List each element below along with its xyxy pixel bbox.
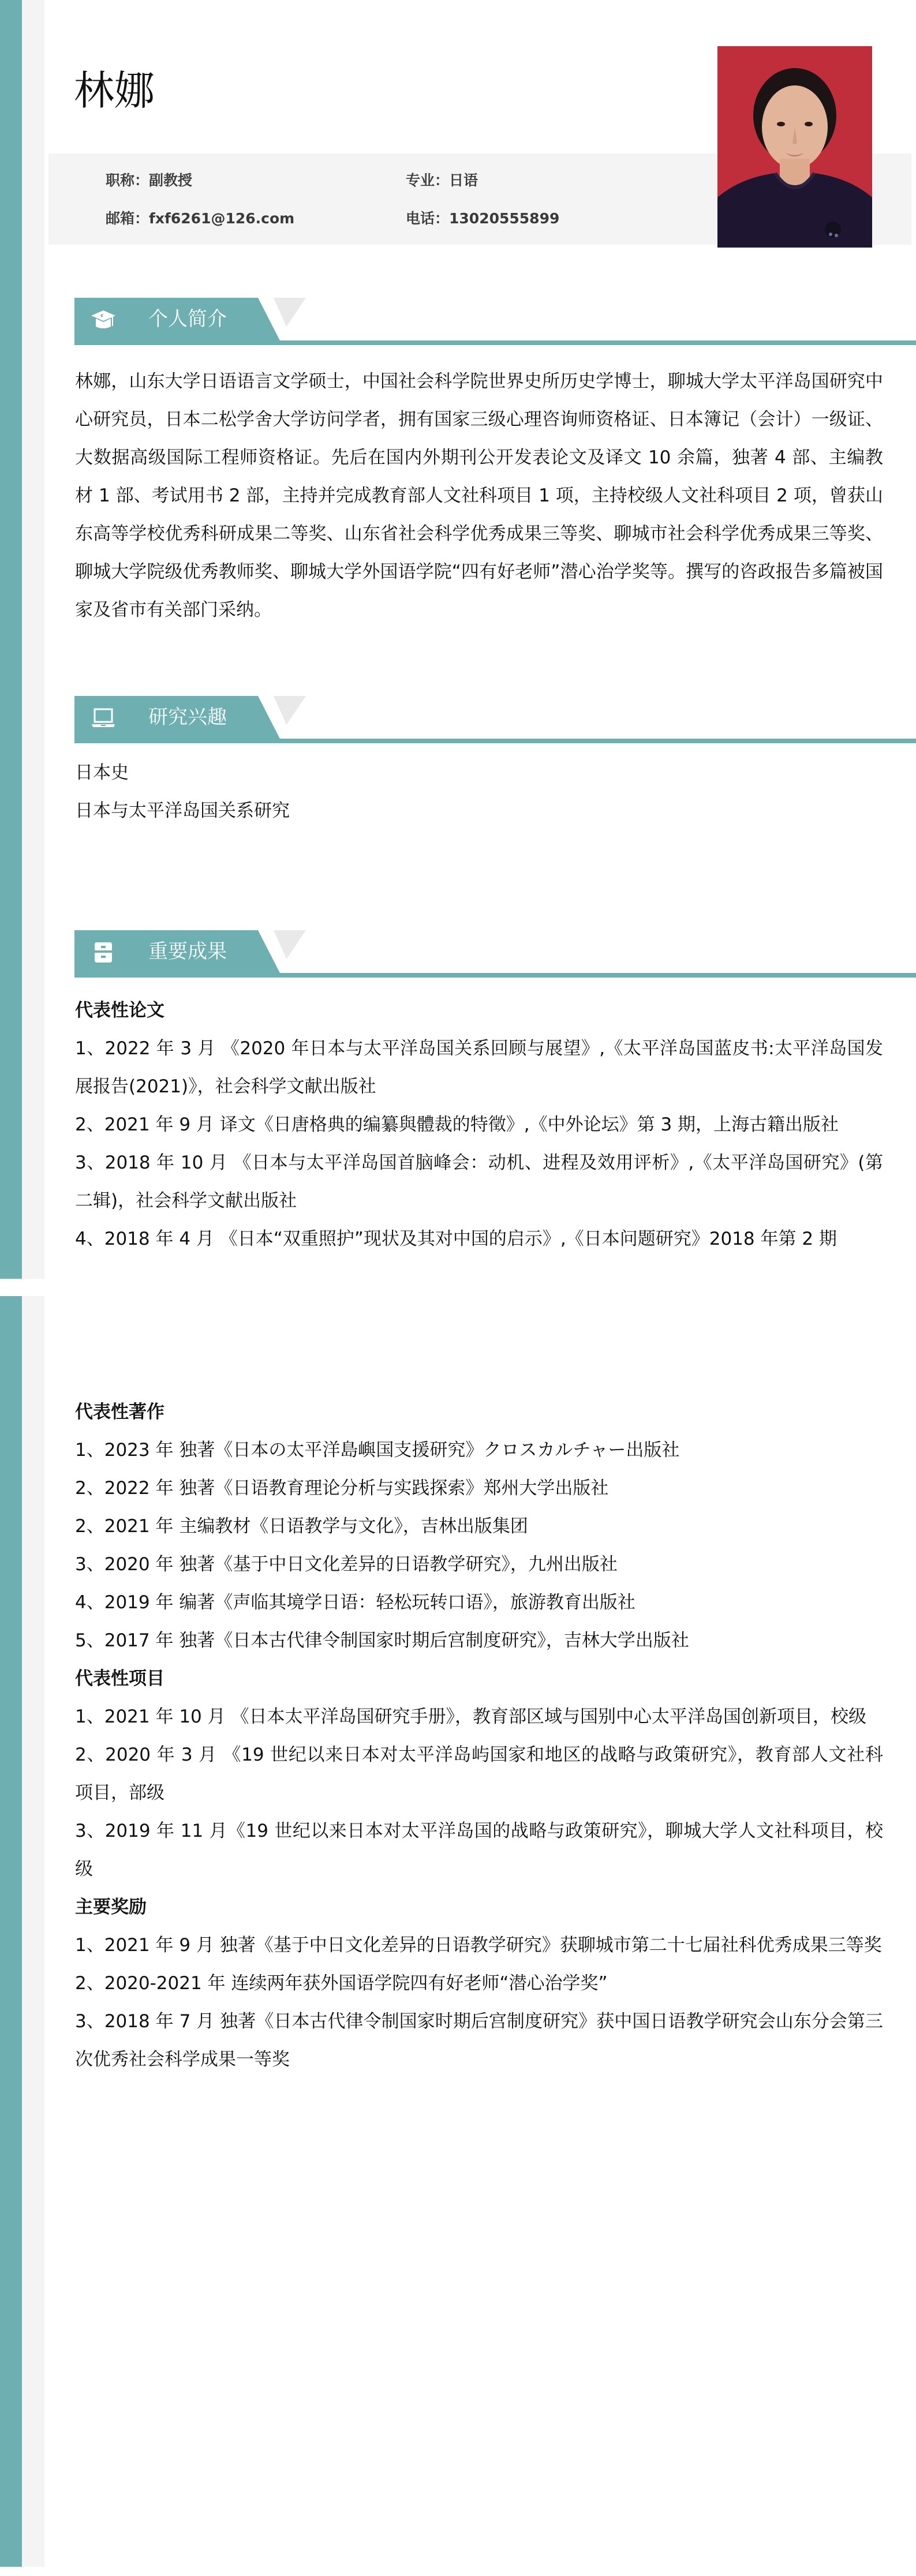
email-value[interactable]: fxf6261@126.com bbox=[149, 210, 294, 227]
book-item: 5、2017 年 独著《日本古代律令制国家时期后宫制度研究》，吉林大学出版社 bbox=[75, 1622, 883, 1660]
award-item: 2、2020-2021 年 连续两年获外国语学院四有好老师“潜心治学奖” bbox=[75, 1964, 883, 2002]
interest-item: 日本史 bbox=[75, 754, 883, 792]
interests-list: 日本史 日本与太平洋岛国关系研究 bbox=[75, 754, 883, 830]
project-item: 2、2020 年 3 月 《19 世纪以来日本对太平洋岛屿国家和地区的战略与政策… bbox=[75, 1736, 883, 1812]
section-header-achievements: 重要成果 bbox=[74, 930, 916, 978]
book-item: 4、2019 年 编著《声临其境学日语：轻松玩转口语》，旅游教育出版社 bbox=[75, 1583, 883, 1622]
project-item: 1、2021 年 10 月 《日本太平洋岛国研究手册》，教育部区域与国别中心太平… bbox=[75, 1698, 883, 1736]
section-header-interests: 研究兴趣 bbox=[74, 696, 916, 743]
awards-heading: 主要奖励 bbox=[75, 1888, 883, 1926]
section-notch-decoration bbox=[274, 930, 306, 959]
archive-cabinet-icon bbox=[91, 941, 116, 964]
left-grey-strip bbox=[22, 1296, 44, 2567]
intro-paragraph: 林娜，山东大学日语语言文学硕士，中国社会科学院世界史所历史学博士，聊城大学太平洋… bbox=[75, 362, 883, 629]
intro-body: 林娜，山东大学日语语言文学硕士，中国社会科学院世界史所历史学博士，聊城大学太平洋… bbox=[75, 362, 883, 629]
section-notch-decoration bbox=[274, 696, 306, 725]
papers-heading: 代表性论文 bbox=[75, 991, 883, 1029]
left-accent-strip bbox=[0, 0, 22, 1279]
book-item: 2、2021 年 主编教材《日语教学与文化》，吉林出版集团 bbox=[75, 1507, 883, 1545]
resume-page-2: 代表性著作 1、2023 年 独著《日本の太平洋島嶼国支援研究》クロスカルチャー… bbox=[0, 1296, 916, 2567]
phone-label: 电话： bbox=[406, 210, 449, 227]
project-item: 3、2019 年 11 月《19 世纪以来日本对太平洋岛国的战略与政策研究》，聊… bbox=[75, 1812, 883, 1888]
laptop-icon bbox=[91, 706, 116, 729]
person-name: 林娜 bbox=[74, 65, 155, 117]
papers-block: 代表性论文 1、2022 年 3 月 《2020 年日本与太平洋岛国关系回顾与展… bbox=[75, 991, 883, 1258]
left-accent-strip bbox=[0, 1296, 22, 2567]
section-header-intro: 个人简介 bbox=[74, 298, 916, 345]
books-block: 代表性著作 1、2023 年 独著《日本の太平洋島嶼国支援研究》クロスカルチャー… bbox=[75, 1393, 883, 2079]
projects-heading: 代表性项目 bbox=[75, 1660, 883, 1698]
title-label: 职称： bbox=[106, 172, 149, 189]
book-item: 2、2022 年 独著《日语教育理论分析与实践探索》郑州大学出版社 bbox=[75, 1469, 883, 1507]
section-notch-decoration bbox=[274, 298, 306, 327]
paper-item: 1、2022 年 3 月 《2020 年日本与太平洋岛国关系回顾与展望》,《太平… bbox=[75, 1029, 883, 1106]
email-label: 邮箱： bbox=[106, 210, 149, 227]
paper-item: 2、2021 年 9 月 译文《日唐格典的编纂與體裁的特徵》,《中外论坛》第 3… bbox=[75, 1106, 883, 1144]
paper-item: 3、2018 年 10 月 《日本与太平洋岛国首脑峰会：动机、进程及效用评析》,… bbox=[75, 1144, 883, 1220]
book-item: 1、2023 年 独著《日本の太平洋島嶼国支援研究》クロスカルチャー出版社 bbox=[75, 1431, 883, 1469]
books-heading: 代表性著作 bbox=[75, 1393, 883, 1431]
award-item: 3、2018 年 7 月 独著《日本古代律令制国家时期后宫制度研究》获中国日语教… bbox=[75, 2002, 883, 2079]
section-title: 研究兴趣 bbox=[148, 704, 227, 731]
major-field: 专业：日语 bbox=[406, 171, 478, 190]
award-item: 1、2021 年 9 月 独著《基于中日文化差异的日语教学研究》获聊城市第二十七… bbox=[75, 1926, 883, 1964]
left-grey-strip bbox=[22, 0, 44, 1279]
section-title: 个人简介 bbox=[148, 306, 227, 332]
title-field: 职称：副教授 bbox=[106, 171, 192, 190]
email-field: 邮箱：fxf6261@126.com bbox=[106, 209, 294, 229]
major-value: 日语 bbox=[449, 172, 478, 189]
graduation-cap-icon bbox=[91, 308, 116, 331]
book-item: 3、2020 年 独著《基于中日文化差异的日语教学研究》，九州出版社 bbox=[75, 1545, 883, 1583]
interest-item: 日本与太平洋岛国关系研究 bbox=[75, 792, 883, 830]
paper-item: 4、2018 年 4 月 《日本“双重照护”现状及其对中国的启示》,《日本问题研… bbox=[75, 1220, 883, 1258]
portrait-photo bbox=[717, 46, 872, 248]
section-title: 重要成果 bbox=[148, 938, 227, 965]
phone-value: 13020555899 bbox=[449, 210, 559, 227]
major-label: 专业： bbox=[406, 172, 449, 189]
title-value: 副教授 bbox=[149, 172, 192, 189]
resume-page-1: 林娜 职称：副教授 专业：日语 邮箱：fxf6261@126.com 电话：13… bbox=[0, 0, 916, 1279]
phone-field: 电话：13020555899 bbox=[406, 209, 559, 229]
